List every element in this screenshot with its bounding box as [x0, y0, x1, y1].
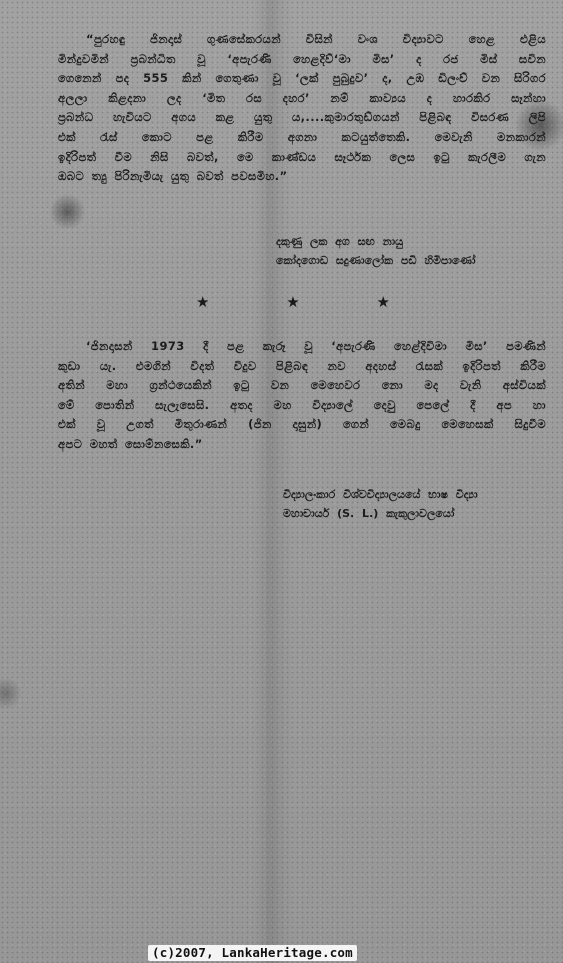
signature-1: දකුණු ලක අග සඟ නායු කෝදගොඩ සදුණාලෝක පඩි … [276, 232, 475, 270]
signature-title: දකුණු ලක අග සඟ නායු [276, 232, 475, 251]
text-line: මේ පොතින් සැලැසෙසි. අතද මහ විද්‍යාලේ දෙව… [58, 396, 546, 416]
text-line: ගෙනෙන් පද 555 කින් ගෙතුණා වූ ‘ලක් පුබුදු… [58, 69, 546, 89]
text-line: අපට මහත් සොම්නසෙකි.” [58, 435, 546, 455]
star-separator: ★ ★ ★ [196, 293, 390, 311]
star-icon: ★ [286, 293, 299, 311]
text-line: අතින් මහා ග්‍රන්ථයෙකින් ඉටු වන මෙහෙවර නො… [58, 376, 546, 396]
text-line: ඔබට ත්‍යු පිරිනැමියැ යුතු බවත් පවසමිහ.” [58, 167, 546, 187]
text-line: අලලා කිළදනා ලද ‘මිත රස දහර’ නම් කාව්‍යය … [58, 89, 546, 109]
text-line: ‘ජිනදාසන් 1973 දී පළ කැරූ වූ ‘අපැරණි හෙළ… [58, 337, 546, 357]
star-icon: ★ [377, 293, 390, 311]
text-line: කුඩා යැ. එමගින් විදත් විදුව පිළිබඳ නව අද… [58, 357, 546, 377]
copyright-watermark: (c)2007, LankaHeritage.com [148, 945, 357, 961]
scanned-page: “පුරහඳු ජිනදාස් ගුණසේකරයන් විසින් වංශ වි… [0, 0, 563, 963]
signature-2: විද්‍යාලංකාර විශ්වවිද්‍යාලයයේ භාෂ විද්‍ය… [283, 485, 478, 523]
text-line: එක් වූ උගත් මිතුරාණන් (ජින දාසුන්) ගෙන් … [58, 415, 546, 435]
quote-paragraph-1: “පුරහඳු ජිනදාස් ගුණසේකරයන් විසින් වංශ වි… [58, 30, 546, 187]
star-icon: ★ [196, 293, 209, 311]
text-line: එක් රැස් කොට පළ කිරීම අගනා කටයුත්තෙකි. ම… [58, 128, 546, 148]
text-line: මින්දුවමින් ප්‍රබන්ධිත වූ ‘අපැරණි හෙළදිව… [58, 50, 546, 70]
signature-name: මහාචාර්ය (S. L.) කැකුලාවලයෝ [283, 504, 478, 523]
text-line: ප්‍රබන්ධ හැවියට අගය කළ යුතු ය,....කුමාරත… [58, 108, 546, 128]
signature-name: කෝදගොඩ සදුණාලෝක පඩි හිමිපාණෝ [276, 251, 475, 270]
text-line: “පුරහඳු ජිනදාස් ගුණසේකරයන් විසින් වංශ වි… [58, 30, 546, 50]
text-line: ඉදිරිපත් වීම නිසි බවත්, මෙ කාණ්ඩය සෑර්ථක… [58, 148, 546, 168]
quote-paragraph-2: ‘ජිනදාසන් 1973 දී පළ කැරූ වූ ‘අපැරණි හෙළ… [58, 337, 546, 455]
signature-title: විද්‍යාලංකාර විශ්වවිද්‍යාලයයේ භාෂ විද්‍ය… [283, 485, 478, 504]
